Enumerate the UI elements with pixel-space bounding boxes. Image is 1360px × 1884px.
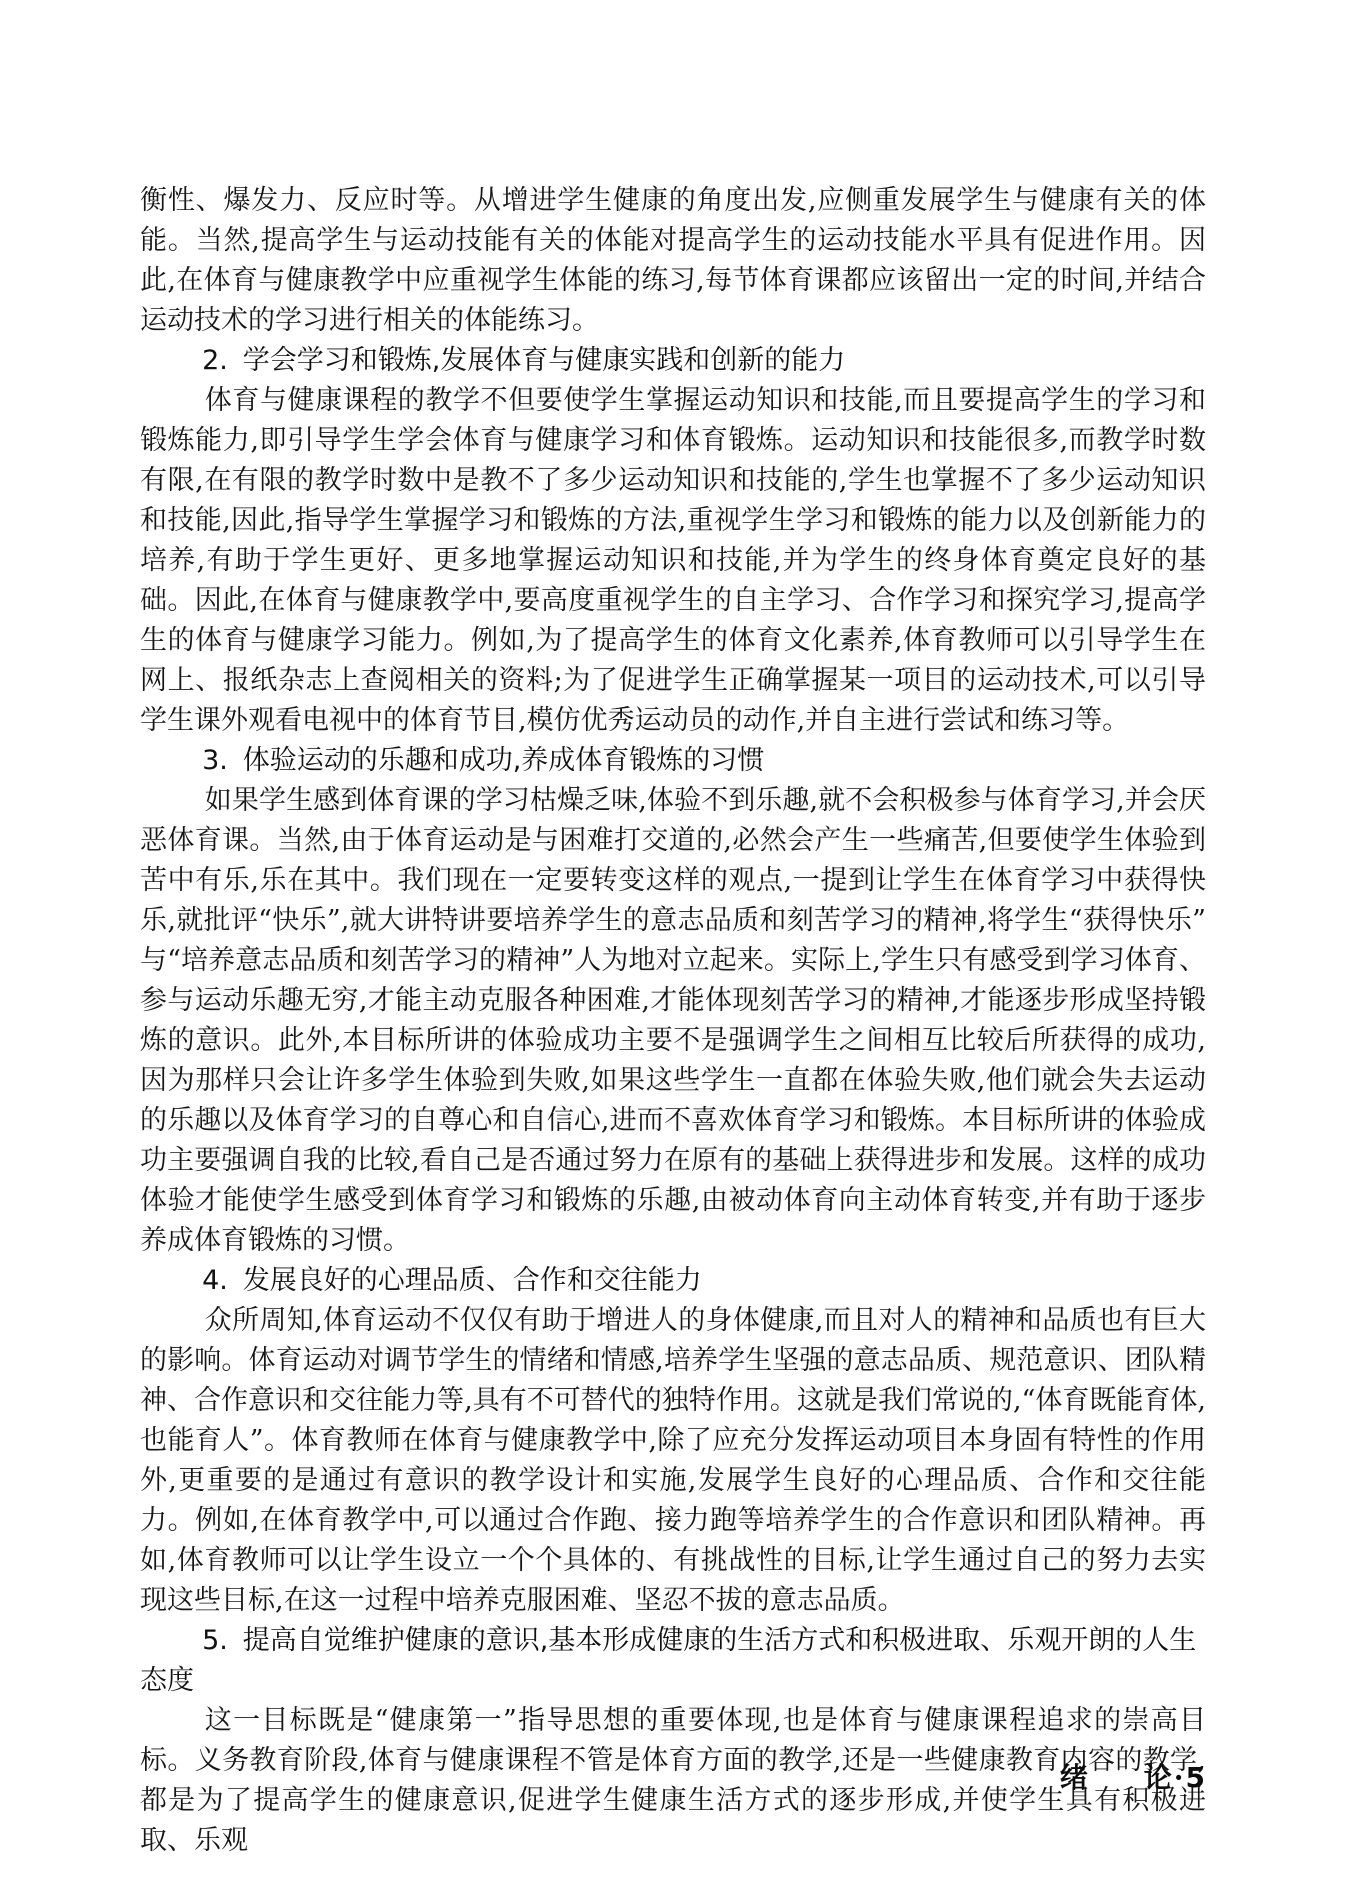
section-heading-3: 3.体验运动的乐趣和成功,养成体育锻炼的习惯 — [140, 741, 1206, 781]
body-paragraph: 众所周知,体育运动不仅仅有助于增进人的身体健康,而且对人的精神和品质也有巨大的影… — [140, 1301, 1206, 1621]
heading-title: 体验运动的乐趣和成功,养成体育锻炼的习惯 — [243, 745, 765, 776]
heading-number: 4. — [202, 1265, 228, 1296]
body-paragraph: 这一目标既是“健康第一”指导思想的重要体现,也是体育与健康课程追求的崇高目标。义… — [140, 1701, 1206, 1861]
section-heading-4: 4.发展良好的心理品质、合作和交往能力 — [140, 1261, 1206, 1301]
section-heading-5: 5.提高自觉维护健康的意识,基本形成健康的生活方式和积极进取、乐观开朗的人生态度 — [140, 1621, 1206, 1701]
heading-title: 学会学习和锻炼,发展体育与健康实践和创新的能力 — [243, 345, 846, 376]
body-paragraph: 体育与健康课程的教学不但要使学生掌握运动知识和技能,而且要提高学生的学习和锻炼能… — [140, 381, 1206, 741]
heading-number: 3. — [202, 745, 228, 776]
document-page: 衡性、爆发力、反应时等。从增进学生健康的角度出发,应侧重发展学生与健康有关的体能… — [140, 181, 1206, 1861]
body-paragraph-continued: 衡性、爆发力、反应时等。从增进学生健康的角度出发,应侧重发展学生与健康有关的体能… — [140, 181, 1206, 341]
page-footer: 绪 论·5 — [1060, 1763, 1205, 1793]
heading-title: 发展良好的心理品质、合作和交往能力 — [243, 1265, 702, 1296]
heading-number: 5. — [202, 1625, 228, 1656]
footer-separator: · — [1174, 1761, 1184, 1794]
body-paragraph: 如果学生感到体育课的学习枯燥乏味,体验不到乐趣,就不会积极参与体育学习,并会厌恶… — [140, 781, 1206, 1261]
section-heading-2: 2.学会学习和锻炼,发展体育与健康实践和创新的能力 — [140, 341, 1206, 381]
heading-number: 2. — [202, 345, 228, 376]
footer-page-number: 5 — [1186, 1761, 1205, 1794]
footer-section-title: 绪 论 — [1060, 1761, 1172, 1794]
heading-title: 提高自觉维护健康的意识,基本形成健康的生活方式和积极进取、乐观开朗的人生态度 — [140, 1625, 1196, 1696]
